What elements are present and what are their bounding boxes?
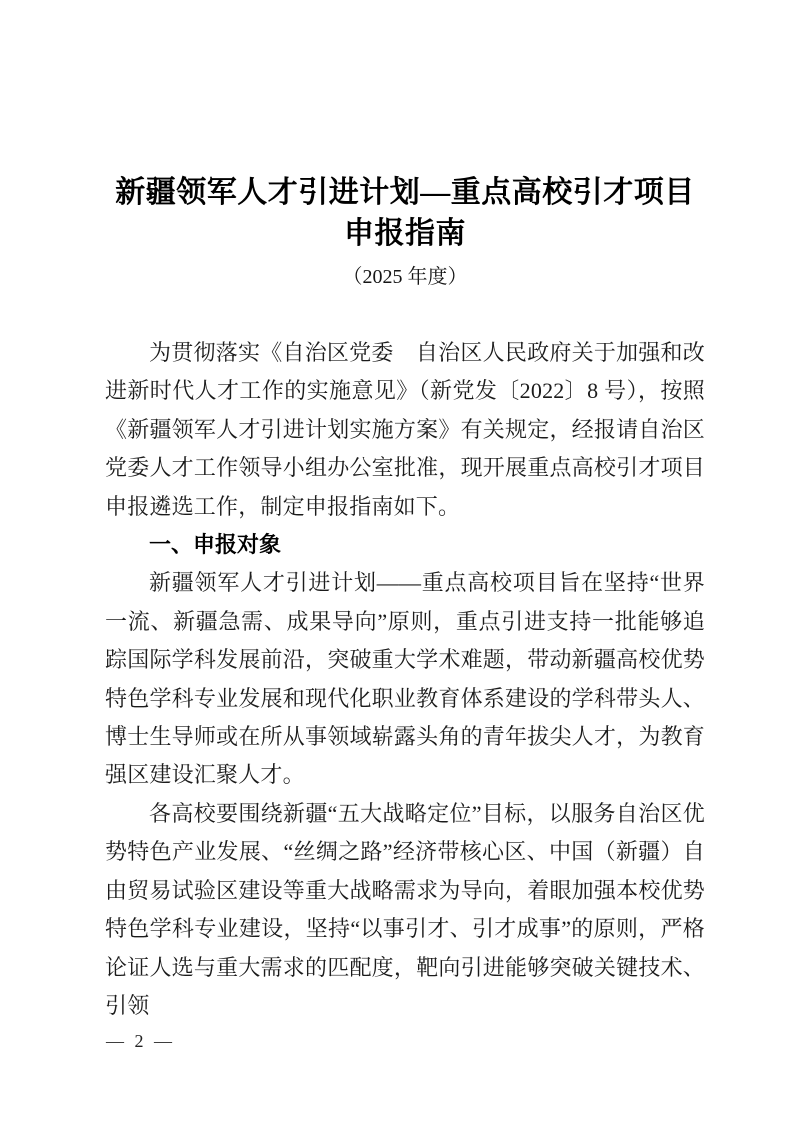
section-paragraph-1: 新疆领军人才引进计划——重点高校项目旨在坚持“世界一流、新疆急需、成果导向”原则…	[105, 564, 705, 794]
intro-paragraph: 为贯彻落实《自治区党委 自治区人民政府关于加强和改进新时代人才工作的实施意见》（…	[105, 334, 705, 526]
document-content: 新疆领军人才引进计划—重点高校引才项目 申报指南 （2025 年度） 为贯彻落实…	[105, 0, 705, 1025]
doc-title-line1: 新疆领军人才引进计划—重点高校引才项目	[105, 172, 705, 213]
doc-subtitle-year: （2025 年度）	[105, 263, 705, 291]
doc-title: 新疆领军人才引进计划—重点高校引才项目 申报指南	[105, 172, 705, 254]
doc-title-line2: 申报指南	[105, 213, 705, 254]
document-page: 新疆领军人才引进计划—重点高校引才项目 申报指南 （2025 年度） 为贯彻落实…	[0, 0, 793, 1122]
section-heading-application-targets: 一、申报对象	[105, 526, 705, 564]
section-paragraph-2: 各高校要围绕新疆“五大战略定位”目标，以服务自治区优势特色产业发展、“丝绸之路”…	[105, 795, 705, 1025]
page-number: — 2 —	[106, 1029, 175, 1053]
